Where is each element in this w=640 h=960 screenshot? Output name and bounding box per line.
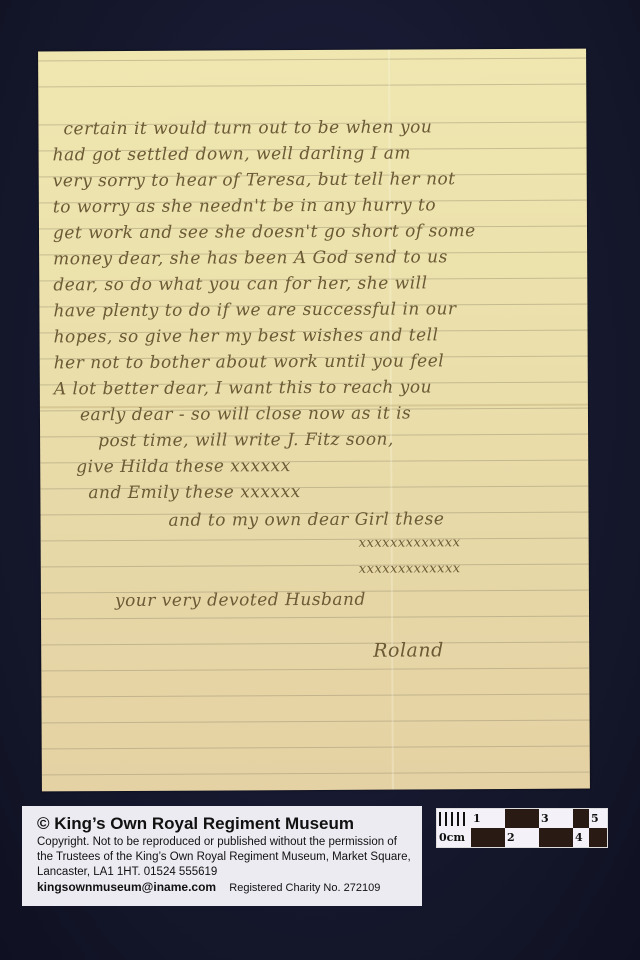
scale-cell bbox=[505, 809, 539, 828]
scale-cell: 0cm bbox=[437, 828, 471, 847]
label-body: Copyright. Not to be reproduced or publi… bbox=[37, 835, 412, 896]
scale-cell bbox=[539, 828, 573, 847]
scale-cell bbox=[471, 828, 505, 847]
letter-line: early dear - so will close now as it is bbox=[80, 403, 411, 425]
scale-cell: 4 bbox=[573, 828, 589, 847]
letter-line: had got settled down, well darling I am bbox=[53, 143, 412, 165]
kisses-line: xxxxxxxxxxxxx bbox=[359, 561, 461, 577]
scale-cell: 5 bbox=[589, 809, 607, 828]
letter-line: her not to bother about work until you f… bbox=[54, 351, 445, 373]
letter-line: hopes, so give her my best wishes and te… bbox=[54, 325, 439, 347]
scale-cell bbox=[573, 809, 589, 828]
letter-line: and Emily these xxxxxx bbox=[88, 482, 300, 503]
signature: Roland bbox=[373, 639, 444, 661]
letter-line: and to my own dear Girl these bbox=[168, 509, 444, 530]
scale-cell: 2 bbox=[505, 828, 539, 847]
letter-line: money dear, she has been A God send to u… bbox=[53, 247, 448, 269]
letter-line: very sorry to hear of Teresa, but tell h… bbox=[53, 169, 456, 191]
scale-cell bbox=[437, 809, 471, 828]
centimetre-scale-bar: 1 3 5 0cm 2 4 bbox=[436, 808, 608, 848]
letter-line: get work and see she doesn't go short of… bbox=[53, 221, 476, 243]
scale-cell bbox=[589, 828, 607, 847]
letter-text: certain it would turn out to be when you… bbox=[38, 117, 586, 120]
kisses-line: xxxxxxxxxxxxx bbox=[359, 535, 461, 551]
letter-line: to worry as she needn't be in any hurry … bbox=[53, 195, 436, 217]
scale-cell: 1 bbox=[471, 809, 505, 828]
letter-page: certain it would turn out to be when you… bbox=[38, 49, 590, 792]
label-title: © King’s Own Royal Regiment Museum bbox=[37, 814, 412, 834]
label-copyright-text: Copyright. Not to be reproduced or publi… bbox=[37, 836, 411, 878]
scale-ticks bbox=[439, 812, 467, 826]
scale-cell: 3 bbox=[539, 809, 573, 828]
letter-line: dear, so do what you can for her, she wi… bbox=[53, 273, 427, 295]
letter-line: give Hilda these xxxxxx bbox=[76, 456, 291, 477]
closing-line: your very devoted Husband bbox=[115, 590, 366, 611]
letter-line: certain it would turn out to be when you bbox=[63, 117, 432, 139]
letter-line: have plenty to do if we are successful i… bbox=[53, 299, 456, 321]
museum-copyright-label: © King’s Own Royal Regiment Museum Copyr… bbox=[22, 806, 422, 906]
label-email: kingsownmuseum@iname.com bbox=[37, 880, 216, 894]
letter-line: A lot better dear, I want this to reach … bbox=[54, 377, 432, 399]
label-charity: Registered Charity No. 272109 bbox=[229, 882, 380, 894]
letter-line: post time, will write J. Fitz soon, bbox=[98, 430, 394, 452]
